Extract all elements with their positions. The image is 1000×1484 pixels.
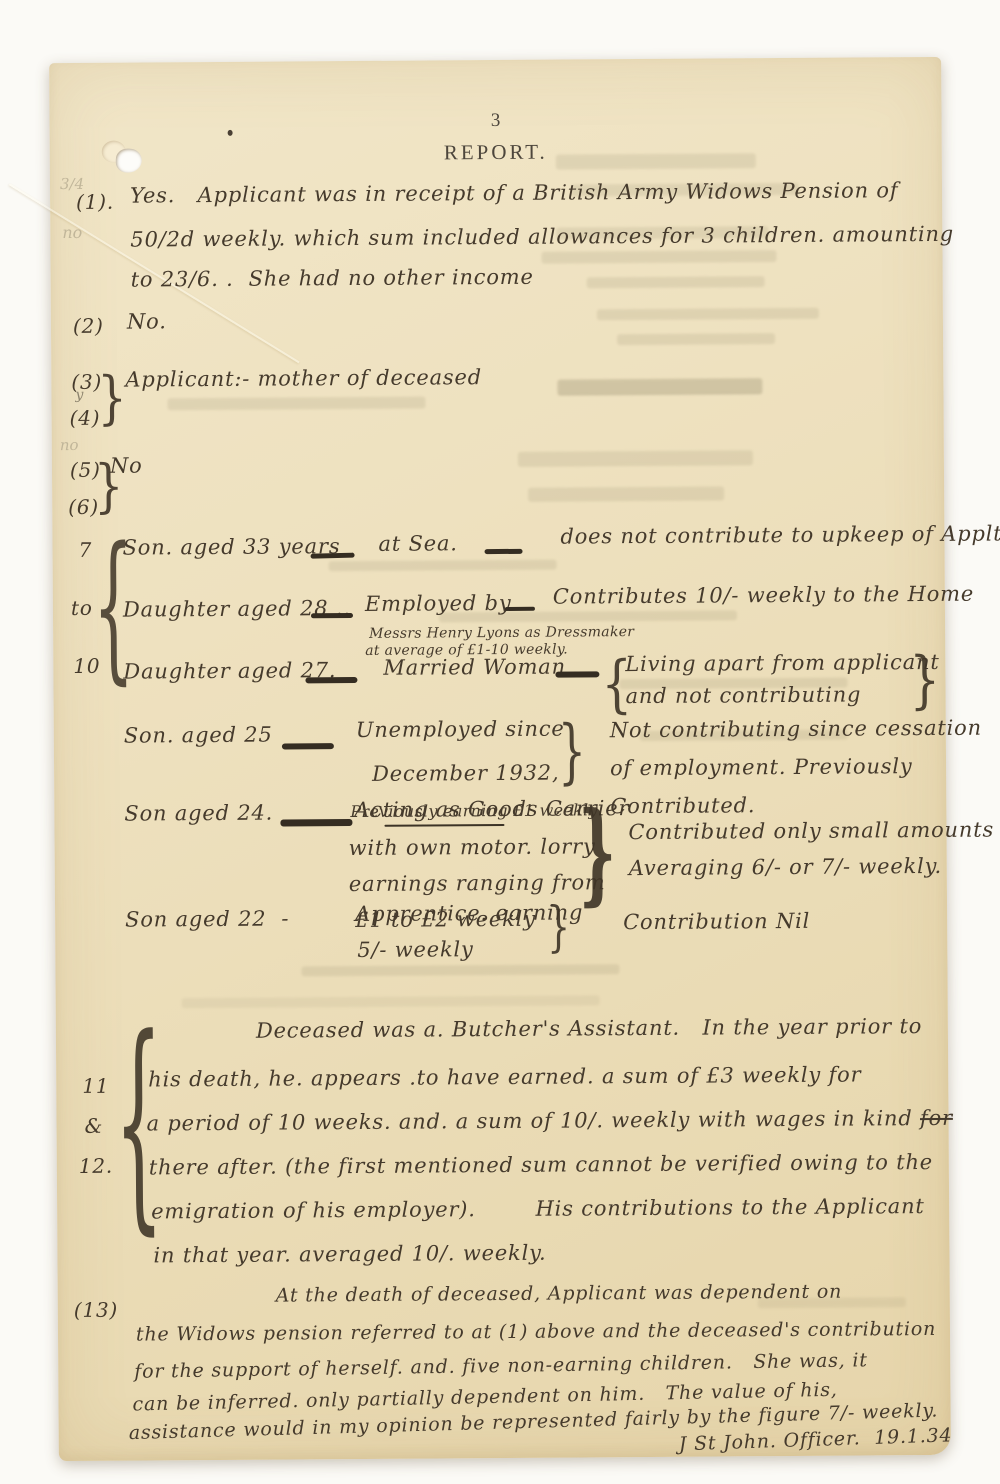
- dependant-row-who: Son aged 24.: [124, 802, 273, 826]
- dependant-row-status: Unemployed since: [356, 718, 565, 743]
- dependant-row-contribution: Contribution Nil: [623, 910, 810, 934]
- item-1-line: to 23/6. . She had no other income: [131, 266, 534, 292]
- officer-signature: J St John. Officer. 19.1.34: [678, 1425, 952, 1455]
- report-paragraph-text: a period of 10 weeks. and. a sum of 10/.…: [146, 1106, 920, 1135]
- item-5-6-answer: No: [110, 454, 143, 477]
- bleedthrough-mark: [182, 995, 600, 1008]
- dependant-row-who: Son. aged 33 years: [122, 535, 340, 560]
- dependant-row-contribution: Living apart from applicant: [625, 651, 939, 676]
- dependant-row-status: with own motor. lorry: [349, 835, 596, 860]
- grouping-brace: }: [558, 717, 586, 788]
- item-1-line: 50/2d weekly. which sum included allowan…: [130, 223, 954, 252]
- bleedthrough-mark: [587, 276, 765, 288]
- dash-stroke: [305, 677, 357, 683]
- grouping-brace: }: [97, 369, 127, 427]
- pencil-note: no: [62, 223, 82, 242]
- item-11-12-label: &: [84, 1115, 103, 1137]
- report-paragraph-line: emigration of his employer). His contrib…: [151, 1195, 925, 1223]
- bleedthrough-mark: [617, 333, 775, 345]
- item-11-12-label: 12.: [79, 1155, 113, 1177]
- dependant-row-status: Married Woman: [383, 656, 566, 680]
- scanned-document: { "page": { "number": "3", "title": "REP…: [0, 0, 1000, 1484]
- dash-stroke: [485, 549, 523, 554]
- grouping-brace: }: [547, 902, 570, 956]
- dependant-row-contribution: and not contributing: [625, 683, 861, 708]
- dependant-row-status: at Sea.: [378, 532, 457, 556]
- report-paragraph-line: for the support of herself. and. five no…: [134, 1350, 868, 1382]
- item-1-label: (1).: [76, 191, 114, 213]
- document-page: 3/4 no no y 3 REPORT. (1). Yes. Applican…: [49, 57, 951, 1461]
- report-paragraph-line: there after. (the first mentioned sum ca…: [149, 1151, 933, 1180]
- grouping-brace: }: [909, 649, 940, 712]
- bleedthrough-mark: [557, 378, 762, 395]
- dash-stroke: [555, 671, 599, 677]
- bleedthrough-mark: [518, 450, 753, 467]
- report-paragraph-line: a period of 10 weeks. and. a sum of 10/.…: [146, 1107, 952, 1136]
- item-4-label: (4): [70, 407, 101, 429]
- dependant-row-status: 5/- weekly: [357, 938, 474, 962]
- item-2-answer: No.: [127, 310, 167, 333]
- dependant-row-contribution: Contributed only small amounts: [628, 819, 994, 845]
- item-7-10-label: to: [71, 597, 93, 619]
- bleedthrough-mark: [597, 308, 819, 321]
- item-7-10-label: 7: [78, 539, 92, 561]
- dependant-row-contribution: Not contributing since cessation: [610, 717, 982, 743]
- dash-stroke: [311, 613, 353, 618]
- dependant-row-status: December 1932,: [372, 762, 559, 786]
- dependant-row-who: Son. aged 25: [124, 724, 273, 748]
- bleedthrough-mark: [541, 250, 776, 264]
- bleedthrough-mark: [329, 560, 557, 572]
- item-1-line: Yes. Applicant was in receipt of a Briti…: [130, 179, 898, 207]
- dependant-row-who: Son aged 22 -: [125, 907, 289, 931]
- dependant-row-contribution: Averaging 6/- or 7/- weekly.: [629, 855, 942, 880]
- dependant-row-contribution: Contributes 10/- weekly to the Home: [553, 583, 974, 609]
- item-3-4-answer: Applicant:- mother of deceased: [125, 366, 482, 392]
- report-paragraph-line: his death, he. appears .to have earned. …: [148, 1063, 861, 1091]
- item-11-12-label: 11: [82, 1075, 109, 1097]
- bleedthrough-mark: [301, 964, 619, 976]
- dash-stroke: [505, 607, 535, 611]
- report-paragraph-line: Deceased was a. Butcher's Assistant. In …: [256, 1015, 922, 1043]
- employer-note: Messrs Henry Lyons as Dressmaker: [369, 625, 634, 642]
- bleedthrough-mark: [528, 486, 724, 501]
- dash-stroke: [280, 819, 352, 827]
- page-title: REPORT.: [50, 137, 942, 168]
- item-2-label: (2): [73, 315, 104, 337]
- pencil-note: no: [60, 436, 79, 454]
- struck-word: for: [920, 1106, 953, 1130]
- bleedthrough-mark: [167, 397, 425, 411]
- dependant-row-status: Employed by.: [365, 592, 516, 616]
- underline-stroke: [384, 824, 504, 827]
- dependant-row-contribution: Contributed.: [610, 794, 755, 818]
- dependant-row-contribution: does not contribute to upkeep of Applt: [560, 522, 1000, 548]
- dash-stroke: [282, 743, 334, 749]
- dependant-row-status: earnings ranging from: [349, 871, 606, 896]
- item-13-label: (13): [74, 1299, 118, 1321]
- dependant-row-who: Daughter aged 27.: [123, 659, 336, 684]
- dash-stroke: [311, 553, 355, 559]
- page-number: 3: [49, 107, 941, 135]
- grouping-brace: }: [578, 797, 616, 907]
- report-paragraph-line: At the death of deceased, Applicant was …: [276, 1282, 842, 1307]
- dependant-row-contribution: of employment. Previously: [610, 755, 913, 780]
- report-paragraph-line: in that year. averaged 10/. weekly.: [153, 1242, 546, 1268]
- report-paragraph-line: the Widows pension referred to at (1) ab…: [136, 1319, 936, 1345]
